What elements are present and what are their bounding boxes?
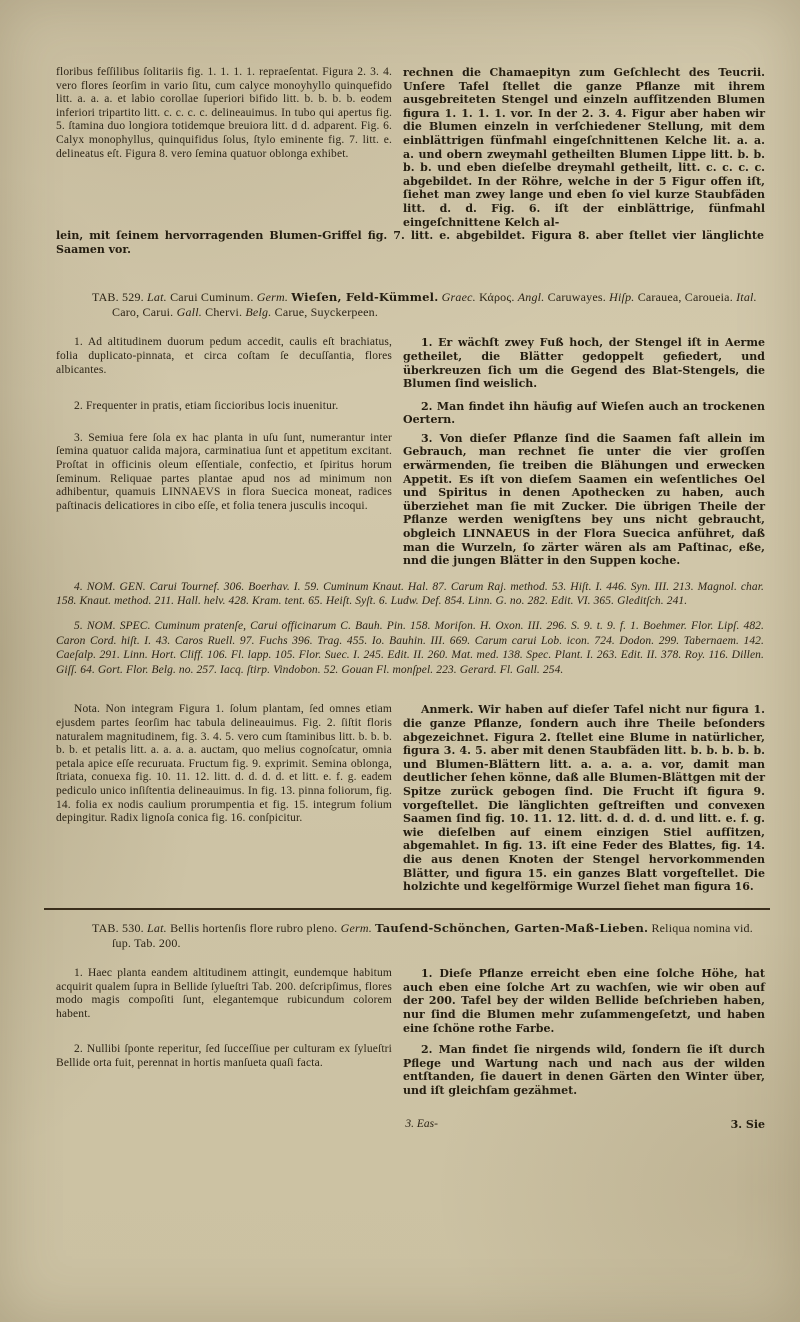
plant-name-germ: Tauſend-Schönchen, Garten-Maß-Lieben. xyxy=(375,921,648,935)
latin-paragraph-1: 1. Ad altitudinem duorum pedum accedit, … xyxy=(56,336,392,390)
plant-name-graec: Κάρος. xyxy=(479,290,514,304)
catchword-right: 3. Sie xyxy=(438,1118,765,1131)
lang-label-lat: Lat. xyxy=(147,290,167,304)
lang-label-germ: Germ. xyxy=(341,921,372,935)
catchword-row: 3. Eas- 3. Sie xyxy=(56,1118,765,1131)
plant-name-germ: Wieſen, Feld-Kümmel. xyxy=(291,290,438,304)
latin-paragraph-2: 2. Nullibi ſponte reperitur, ſed ſucceſſ… xyxy=(56,1043,392,1097)
nom-gen-paragraph: 4. NOM. GEN. Carui Tournef. 306. Boerhav… xyxy=(56,580,764,609)
latin-paragraph-2: 2. Frequenter in pratis, etiam ſicciorib… xyxy=(56,400,392,427)
book-page: floribus feſſilibus ſolitariis fig. 1. 1… xyxy=(0,0,800,1322)
tab530-section-1-row: 1. Haec planta eandem altitudinem atting… xyxy=(56,967,765,1035)
plant-name-belg: Carue, Suyckerpeen. xyxy=(275,305,378,319)
nom-spec-paragraph: 5. NOM. SPEC. Cuminum pratenſe, Carui of… xyxy=(56,619,764,677)
german-paragraph-2: 2. Man findet ihn häufig auf Wieſen auch… xyxy=(403,400,765,427)
latin-nota-paragraph: Nota. Non integram Figura 1. ſolum plant… xyxy=(56,703,392,893)
tab530-section-2-row: 2. Nullibi ſponte reperitur, ſed ſucceſſ… xyxy=(56,1043,765,1097)
latin-runover-paragraph: floribus feſſilibus ſolitariis fig. 1. 1… xyxy=(56,66,392,229)
lang-label-ital: Ital. xyxy=(736,290,757,304)
german-paragraph-3: 3. Von dieſer Pflanze ſind die Saamen fa… xyxy=(403,432,765,568)
lang-label-graec: Graec. xyxy=(442,290,476,304)
tab530-heading: TAB. 530. Lat. Bellis hortenſis flore ru… xyxy=(56,921,765,951)
lang-label-belg: Belg. xyxy=(245,305,271,319)
catchword-left: 3. Eas- xyxy=(56,1118,438,1131)
german-paragraph-1: 1. Dieſe Pflanze erreicht eben eine ſolc… xyxy=(403,967,765,1035)
plant-name-angl: Caruwayes. xyxy=(548,290,606,304)
runover-section: floribus feſſilibus ſolitariis fig. 1. 1… xyxy=(56,66,765,229)
section-2-row: 2. Frequenter in pratis, etiam ſicciorib… xyxy=(56,400,765,427)
lang-label-gall: Gall. xyxy=(177,305,202,319)
section-divider-rule xyxy=(44,908,770,911)
plant-name-lat: Carui Cuminum. xyxy=(170,290,253,304)
plant-name-lat: Bellis hortenſis flore rubro pleno. xyxy=(170,921,337,935)
section-3-row: 3. Semiua fere ſola ex hac planta in uſu… xyxy=(56,432,765,568)
section-1-row: 1. Ad altitudinem duorum pedum accedit, … xyxy=(56,336,765,390)
lang-label-angl: Angl. xyxy=(518,290,545,304)
plant-name-gall: Chervi. xyxy=(205,305,242,319)
tab529-number: TAB. 529. xyxy=(92,290,144,304)
lang-label-hisp: Hiſp. xyxy=(609,290,634,304)
german-paragraph-1: 1. Er wächſt zwey Fuß hoch, der Stengel … xyxy=(403,336,765,390)
latin-paragraph-3: 3. Semiua fere ſola ex hac planta in uſu… xyxy=(56,432,392,568)
nota-row: Nota. Non integram Figura 1. ſolum plant… xyxy=(56,703,765,893)
lang-label-germ: Germ. xyxy=(257,290,288,304)
german-runover-paragraph: rechnen die Chamaepityn zum Geſchlecht d… xyxy=(403,66,765,229)
tab529-heading: TAB. 529. Lat. Carui Cuminum. Germ. Wieſ… xyxy=(56,290,765,320)
german-anmerk-paragraph: Anmerk. Wir haben auf dieſer Tafel nicht… xyxy=(403,703,765,893)
latin-paragraph-1: 1. Haec planta eandem altitudinem atting… xyxy=(56,967,392,1035)
plant-name-ital: Caro, Carui. xyxy=(112,305,173,319)
lang-label-lat: Lat. xyxy=(147,921,167,935)
tab530-number: TAB. 530. xyxy=(92,921,144,935)
german-paragraph-2: 2. Man findet ſie nirgends wild, ſondern… xyxy=(403,1043,765,1097)
german-runover-continuation: lein, mit ſeinem hervorragenden Blumen-G… xyxy=(56,229,764,256)
plant-name-hisp: Carauea, Caroueia. xyxy=(638,290,733,304)
